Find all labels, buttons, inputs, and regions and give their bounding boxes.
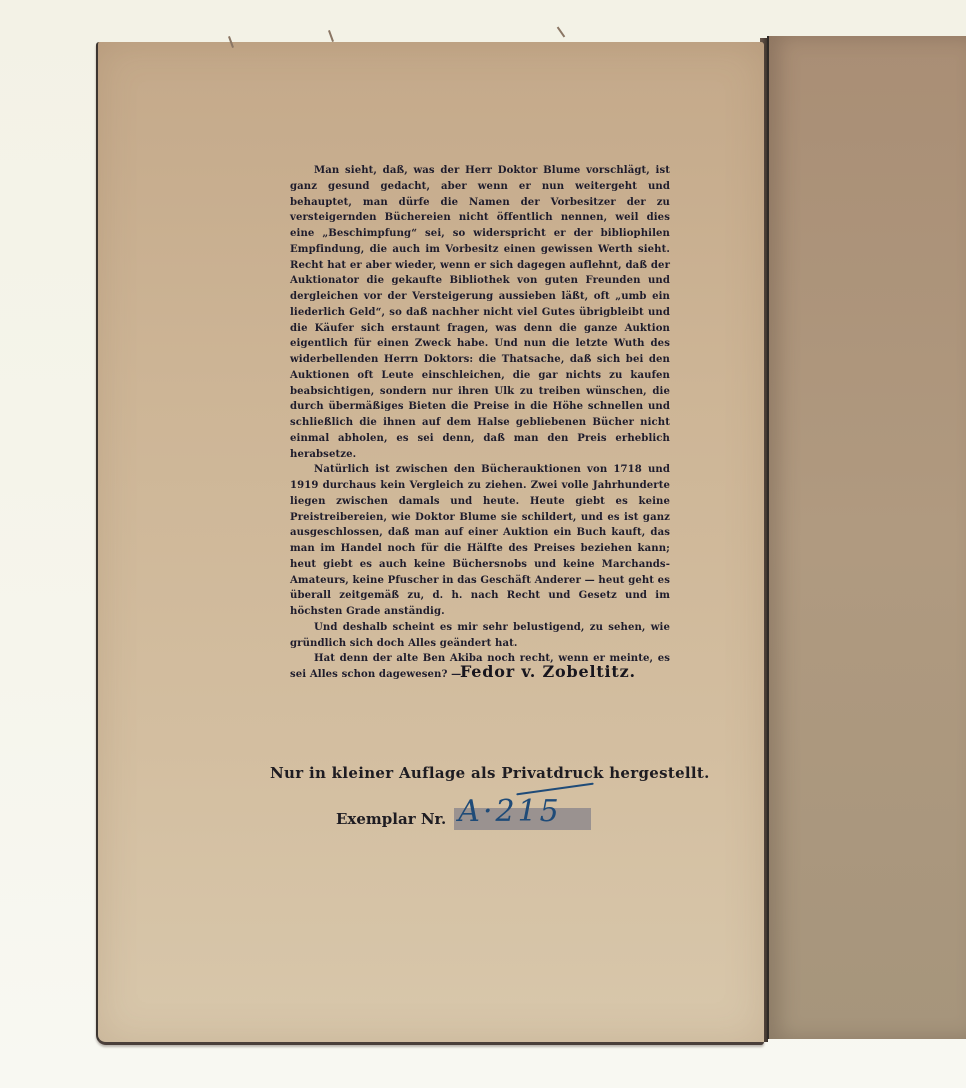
copy-number-field: A·215	[454, 808, 591, 830]
author-signature: Fedor v. Zobeltitz.	[460, 662, 636, 681]
copy-number-label: Exemplar Nr.	[336, 810, 446, 828]
paragraph: Und deshalb scheint es mir sehr belustig…	[290, 620, 670, 652]
loose-thread	[328, 30, 334, 42]
paragraph: Man sieht, daß, was der Herr Doktor Blum…	[290, 163, 670, 462]
colophon-print-note: Nur in kleiner Auflage als Privatdruck h…	[270, 764, 710, 782]
handwritten-copy-number: A·215	[458, 794, 561, 829]
copy-number-line: Exemplar Nr. A·215	[336, 808, 591, 830]
facing-page	[767, 36, 966, 1039]
loose-thread	[557, 27, 566, 38]
paragraph: Natürlich ist zwischen den Bücherauktion…	[290, 462, 670, 620]
body-text: Man sieht, daß, was der Herr Doktor Blum…	[290, 163, 670, 683]
